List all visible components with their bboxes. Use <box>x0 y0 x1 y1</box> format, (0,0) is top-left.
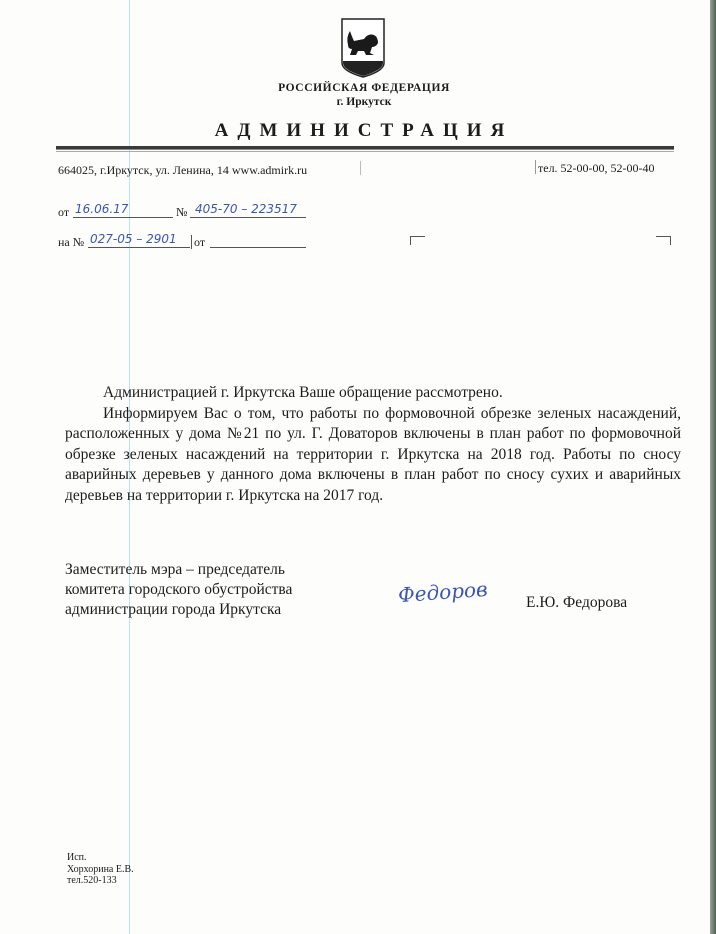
in-reply-label: на № <box>58 235 84 250</box>
address-line: 664025, г.Иркутск, ул. Ленина, 14 www.ad… <box>58 163 307 178</box>
header-rule <box>56 146 674 150</box>
from-label: от <box>58 205 69 220</box>
in-reply-from-label: от <box>194 235 205 250</box>
in-reply-underline <box>88 247 190 248</box>
in-reply-number: 027-05 – 2901 <box>90 232 177 246</box>
title-line: комитета городского обустройства <box>65 580 292 600</box>
title-line: администрации города Иркутска <box>65 600 292 620</box>
date-underline <box>73 217 173 218</box>
signatory-name: Е.Ю. Федорова <box>526 594 627 612</box>
executor-label: Исп. <box>67 852 134 864</box>
handwritten-signature: Федоров <box>397 577 488 607</box>
divider <box>191 235 192 249</box>
phone-line: тел. 52-00-00, 52-00-40 <box>538 161 655 176</box>
address-window-corner <box>410 236 425 245</box>
signatory-title: Заместитель мэра – председатель комитета… <box>65 560 292 620</box>
outgoing-number: 405-70 – 223517 <box>195 202 297 216</box>
executor-name: Хорхорина Е.В. <box>67 864 134 876</box>
irkutsk-coat-of-arms-icon <box>340 17 386 79</box>
divider <box>360 161 361 175</box>
executor-info: Исп. Хорхорина Е.В. тел.520-133 <box>67 852 134 887</box>
number-label: № <box>176 205 187 220</box>
body-paragraph: Администрацией г. Иркутска Ваше обращени… <box>65 383 681 404</box>
executor-phone: тел.520-133 <box>67 875 134 887</box>
organization-heading: АДМИНИСТРАЦИЯ <box>0 120 716 142</box>
title-line: Заместитель мэра – председатель <box>65 560 292 580</box>
letter-body: Администрацией г. Иркутска Ваше обращени… <box>65 383 681 507</box>
city-heading: г. Иркутск <box>0 96 716 108</box>
divider <box>535 160 536 174</box>
address-window-corner <box>656 236 671 245</box>
in-reply-from-underline <box>210 247 306 248</box>
outgoing-date: 16.06.17 <box>75 202 128 216</box>
header-rule-thin <box>56 151 674 152</box>
number-underline <box>190 217 306 218</box>
body-paragraph: Информируем Вас о том, что работы по фор… <box>65 404 681 507</box>
country-heading: РОССИЙСКАЯ ФЕДЕРАЦИЯ <box>0 82 716 94</box>
